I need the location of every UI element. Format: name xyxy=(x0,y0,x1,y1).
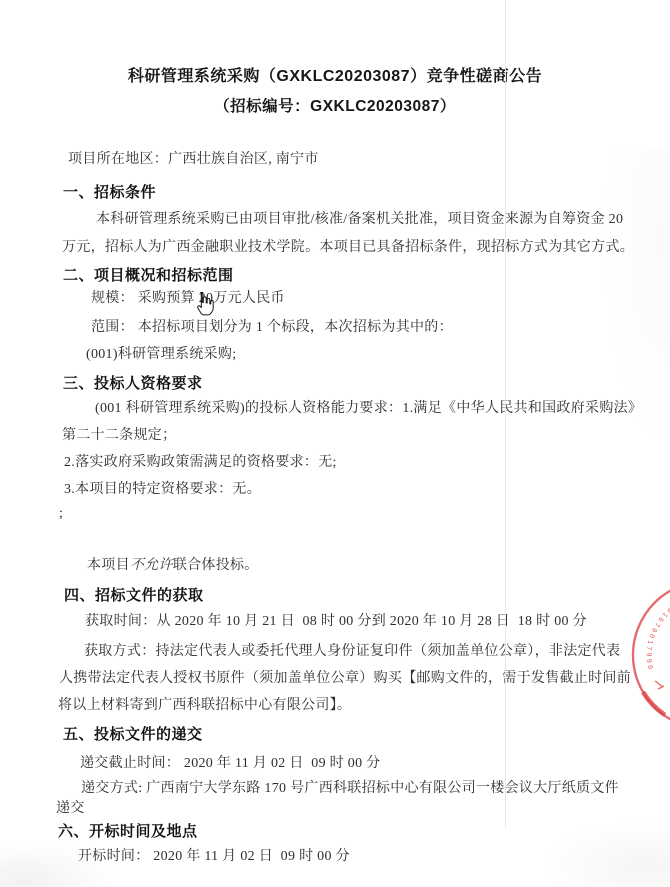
section1-line2: 万元，招标人为广西金融职业技术学院。本项目已具备招标条件，现招标方式为其它方式。 xyxy=(62,239,634,257)
submit-method-line2: 递交 xyxy=(56,800,85,818)
page-subtitle: （招标编号：GXKLC20203087） xyxy=(0,94,670,116)
obtain-method-line3: 将以上材料寄到广西科联招标中心有限公司】。 xyxy=(58,697,351,715)
qualification-line2: 第二十二条规定； xyxy=(62,427,176,445)
submit-deadline-line: 递交截止时间： 2020 年 11 月 02 日 09 时 00 分 xyxy=(80,755,380,773)
open-time-line: 开标时间： 2020 年 11 月 02 日 09 时 00 分 xyxy=(78,848,350,866)
hand-cursor-icon xyxy=(193,291,215,317)
section5-heading: 五、投标文件的递交 xyxy=(63,723,203,744)
seal-bottom-thick-arc xyxy=(643,692,665,715)
official-seal-stamp: 501070017990 xyxy=(625,585,670,720)
section2-heading: 二、项目概况和招标范围 xyxy=(63,264,234,285)
seal-character-fragment xyxy=(655,681,664,689)
consortium-suffix: 联合体投标。 xyxy=(173,558,259,573)
location-line: 项目所在地区：广西壮族自治区, 南宁市 xyxy=(68,151,319,169)
consortium-emphasis: 不允许 xyxy=(130,558,173,573)
section3-heading: 三、投标人资格要求 xyxy=(63,372,203,393)
qualification-item2: 2.落实政府采购政策需满足的资格要求：无; xyxy=(64,454,337,472)
qualification-item3: 3.本项目的特定资格要求：无。 xyxy=(64,481,261,499)
consortium-prefix: 本项目 xyxy=(87,558,130,573)
section4-heading: 四、招标文件的获取 xyxy=(64,584,204,605)
consortium-line: 本项目不允许联合体投标。 xyxy=(87,557,259,575)
svg-text:501070017990: 501070017990 xyxy=(645,602,670,672)
qualification-line1: (001 科研管理系统采购)的投标人资格能力要求：1.满足《中华人民共和国政府采… xyxy=(95,400,642,418)
obtain-time-line: 获取时间：从 2020 年 10 月 21 日 08 时 00 分到 2020 … xyxy=(85,613,587,631)
submit-method-line1: 递交方式: 广西南宁大学东路 170 号广西科联招标中心有限公司一楼会议大厅纸质… xyxy=(81,780,619,798)
scope-line: 范围： 本招标项目划分为 1 个标段，本次招标为其中的： xyxy=(91,319,453,337)
section1-heading: 一、招标条件 xyxy=(63,181,156,202)
section1-line1: 本科研管理系统采购已由项目审批/核准/备案机关批准，项目资金来源为自筹资金 20 xyxy=(96,211,623,229)
document-page: 科研管理系统采购（GXKLC20203087）竞争性磋商公告 （招标编号：GXK… xyxy=(0,0,670,887)
scan-crease-line xyxy=(505,0,506,828)
obtain-method-line1: 获取方式：持法定代表人或委托代理人身份证复印件（须加盖单位公章），非法定代表 xyxy=(84,643,620,661)
stray-semicolon: ; xyxy=(59,505,63,523)
page-title: 科研管理系统采购（GXKLC20203087）竞争性磋商公告 xyxy=(0,63,670,86)
scan-noise xyxy=(540,820,670,887)
seal-serial-number: 501070017990 xyxy=(645,602,670,672)
scale-line: 规模： 采购预算 20万元人民币 xyxy=(91,290,285,308)
section6-heading: 六、开标时间及地点 xyxy=(58,820,198,841)
obtain-method-line2: 人携带法定代表人授权书原件（须加盖单位公章）购买【邮购文件的，需于发售截止时间前 xyxy=(59,670,631,688)
lot-line: (001)科研管理系统采购; xyxy=(86,346,236,364)
